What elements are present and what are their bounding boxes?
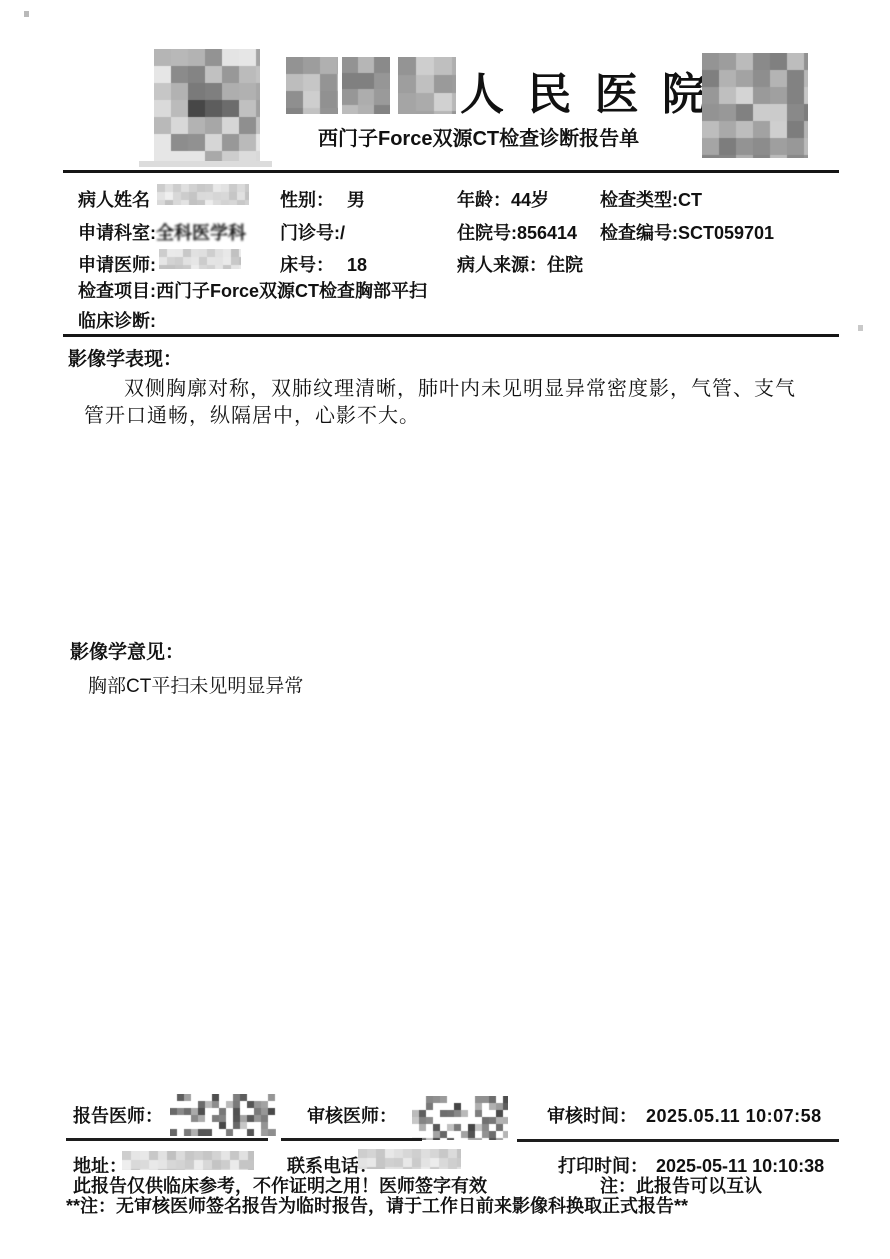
address-censored (122, 1151, 254, 1170)
patient-source-label: 病人来源： (457, 255, 547, 275)
report-doctor-label: 报告医师： (73, 1106, 163, 1126)
outpatient-no-field: 门诊号:/ (280, 219, 345, 245)
review-doctor-field: 审核医师： (307, 1102, 397, 1128)
sex-field: 性别：男 (280, 186, 365, 212)
hospital-name: 人 民 医 院 (460, 58, 710, 122)
exam-item-field: 检查项目:西门子Force双源CT检查胸部平扫 (78, 277, 427, 303)
review-time-value: 2025.05.11 10:07:58 (646, 1106, 822, 1126)
report-doctor-field: 报告医师： (73, 1102, 163, 1128)
signature-underline (66, 1138, 268, 1141)
exam-type-value: CT (678, 190, 702, 210)
censored-hospital-prefix-block (342, 57, 390, 114)
exam-type-field: 检查类型:CT (600, 186, 702, 212)
censored-stamp-block (702, 53, 808, 158)
outpatient-no-label: 门诊号: (280, 223, 340, 243)
physician-label: 申请医师: (78, 255, 156, 275)
clinical-diagnosis-label: 临床诊断: (78, 311, 156, 331)
physician-field: 申请医师: (78, 251, 156, 277)
scan-artifact (858, 325, 863, 331)
inpatient-no-value: 856414 (517, 223, 577, 243)
patient-name-field: 病人姓名 (78, 186, 150, 212)
age-field: 年龄：44岁 (457, 186, 549, 212)
sex-value: 男 (347, 190, 365, 210)
age-label: 年龄： (457, 190, 511, 210)
exam-no-value: SCT059701 (678, 223, 774, 243)
logo-shadow (139, 161, 272, 167)
temporary-report-note: **注：无审核医师签名报告为临时报告，请于工作日前来影像科换取正式报告** (66, 1192, 688, 1218)
inpatient-no-field: 住院号:856414 (457, 219, 577, 245)
exam-item-value: 西门子Force双源CT检查胸部平扫 (156, 281, 427, 301)
report-title: 西门子Force双源CT检查诊断报告单 (318, 122, 639, 151)
department-label: 申请科室: (78, 223, 156, 243)
exam-item-label: 检查项目: (78, 281, 156, 301)
inpatient-no-label: 住院号: (457, 223, 517, 243)
review-doctor-signature-censored (412, 1096, 508, 1140)
patient-name-label: 病人姓名 (78, 190, 150, 210)
review-time-field: 审核时间：2025.05.11 10:07:58 (547, 1102, 822, 1128)
censored-hospital-prefix-block (398, 57, 456, 114)
bed-no-value: 18 (347, 255, 367, 275)
department-value: 全科医学科 (156, 223, 246, 243)
scan-artifact (24, 11, 29, 17)
phone-censored (358, 1149, 461, 1169)
findings-heading: 影像学表现： (68, 344, 182, 371)
exam-no-field: 检查编号:SCT059701 (600, 219, 774, 245)
outpatient-no-value: / (340, 223, 345, 243)
exam-no-label: 检查编号: (600, 223, 678, 243)
sex-label: 性别： (280, 190, 334, 210)
patient-source-value: 住院 (547, 255, 583, 275)
signature-underline (281, 1138, 422, 1141)
exam-type-label: 检查类型: (600, 190, 678, 210)
patient-name-censored (157, 184, 249, 205)
review-time-label: 审核时间： (547, 1106, 637, 1126)
header-divider (63, 170, 839, 173)
opinion-heading: 影像学意见： (70, 637, 184, 664)
findings-body: 双侧胸廓对称，双肺纹理清晰，肺叶内未见明显异常密度影，气管、支气管开口通畅，纵隔… (84, 376, 810, 430)
patient-source-field: 病人来源：住院 (457, 251, 583, 277)
hospital-logo-pixelated (154, 49, 260, 161)
department-field: 申请科室:全科医学科 (78, 219, 246, 245)
bed-no-label: 床号： (280, 255, 334, 275)
physician-name-censored (159, 249, 241, 269)
section-divider (63, 334, 839, 337)
review-doctor-label: 审核医师： (307, 1106, 397, 1126)
ct-report-page: 人 民 医 院 西门子Force双源CT检查诊断报告单 病人姓名 性别：男 年龄… (0, 0, 890, 1259)
clinical-diagnosis-field: 临床诊断: (78, 307, 156, 333)
opinion-body: 胸部CT平扫未见明显异常 (88, 671, 303, 698)
report-doctor-signature-censored (170, 1094, 276, 1136)
age-value: 44岁 (511, 190, 549, 210)
signature-underline (517, 1139, 839, 1142)
bed-no-field: 床号：18 (280, 251, 367, 277)
censored-hospital-prefix-block (286, 57, 338, 114)
